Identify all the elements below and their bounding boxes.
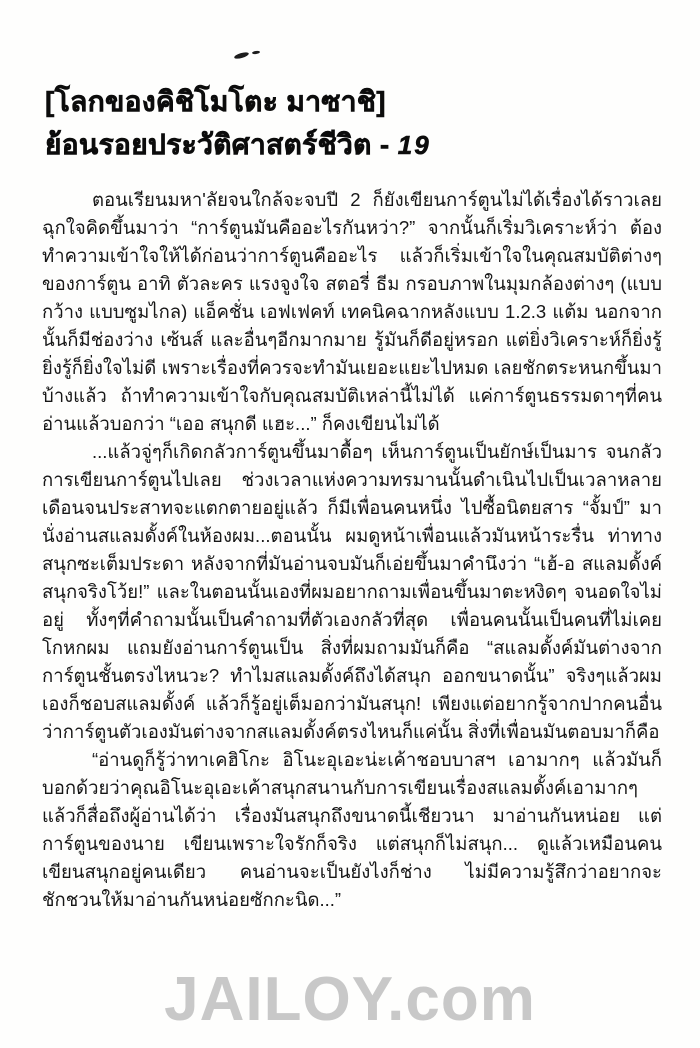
ink-smudge [252, 50, 260, 54]
site-watermark: JAILOY.com [0, 964, 700, 1035]
article-body: ตอนเรียนมหา'ลัยจนใกล้จะจบปี 2 ก็ยังเขียน… [42, 186, 662, 914]
paragraph: ...แล้วจู่ๆก็เกิดกลัวการ์ตูนขึ้นมาดื้อๆ … [42, 438, 662, 746]
header-subtitle: ย้อนรอยประวัติศาสตร์ชีวิต - 19 [45, 123, 431, 167]
paragraph: ตอนเรียนมหา'ลัยจนใกล้จะจบปี 2 ก็ยังเขียน… [42, 186, 662, 438]
header-issue-number: 19 [398, 130, 431, 160]
header-series-title: [โลกของคิชิโมโตะ มาซาชิ] [45, 80, 431, 123]
page-header: [โลกของคิชิโมโตะ มาซาชิ] ย้อนรอยประวัติศ… [45, 80, 431, 167]
header-subtitle-text: ย้อนรอยประวัติศาสตร์ชีวิต - [45, 129, 398, 160]
ink-smudge [234, 51, 250, 60]
scanned-page: [โลกของคิชิโมโตะ มาซาชิ] ย้อนรอยประวัติศ… [0, 0, 700, 1048]
paragraph: “อ่านดูก็รู้ว่าทาเคฮิโกะ อิโนะอุเอะน่ะเค… [42, 746, 662, 914]
